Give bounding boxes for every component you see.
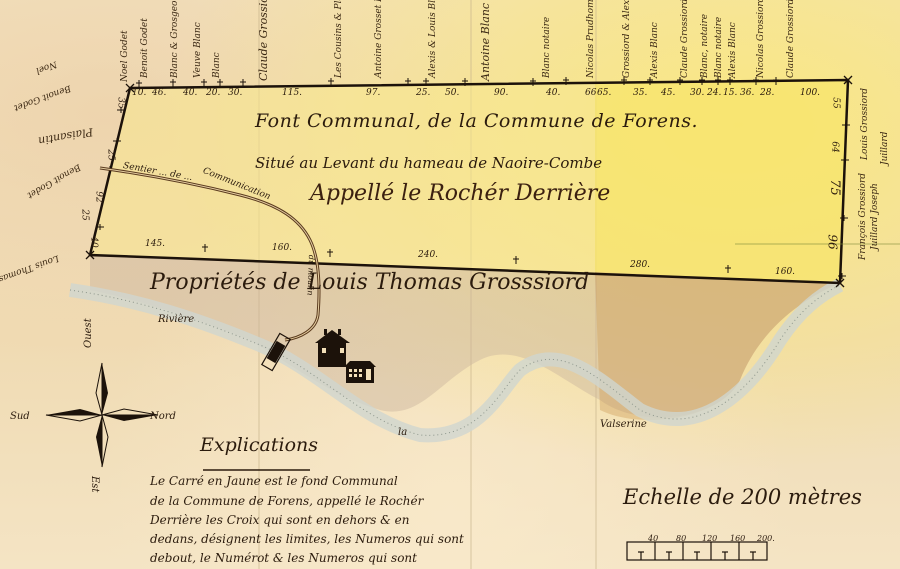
distance-label: 28. [760,88,774,98]
compass-rose [46,363,158,467]
path-label: du moulin [306,255,316,296]
distance-label: 35 [116,97,126,108]
scale-title: Echelle de 200 mètres [623,485,862,509]
distance-label: 160. [272,243,292,253]
distance-label: 40 [89,236,99,247]
neighbor-label: Juillard Joseph [870,183,880,250]
compass-label-west: Ouest [83,318,94,348]
scale-tick-label: 120 [702,534,717,543]
neighbor-label: Alexis & Louis Blanc [428,0,438,78]
distance-label: 40. [183,88,197,98]
explication-line: Derrière les Croix qui sont en dehors & … [150,513,410,527]
neighbor-label: Blanc notaire [542,17,552,78]
neighbor-label: Alexis Blanc [650,22,660,78]
scale-bar [627,542,767,560]
distance-label: 115. [282,88,302,98]
distance-label: 10. [132,88,146,98]
distance-label: 20. [206,88,220,98]
explication-line: debout, le Numérot & les Numeros qui son… [150,551,417,565]
distance-label: 100. [800,88,820,98]
river-label: Valserine [600,419,647,430]
neighbor-label: Nicolas Prudhomme Grossiord [586,0,596,78]
neighbor-label: Claude Grossiord [257,0,270,81]
neighbor-label: François Grossiord [858,173,868,260]
explication-line: dedans, désignent les limites, les Numer… [150,532,464,546]
neighbor-label: Benoit Godet [140,18,150,78]
distance-label: 92 [94,191,104,202]
neighbor-label: Antoine Grosset Blanc [374,0,384,78]
distance-label: 160. [775,267,795,277]
map-title-line-2: Situé au Levant du hameau de Naoire-Comb… [255,154,602,172]
scale-tick-label: 80 [676,534,686,543]
neighbor-label: Blanc & Grosgeorges [170,0,180,78]
distance-label: 280. [630,260,650,270]
distance-label: 65. [597,88,611,98]
neighbor-label: Louis Grossiord [860,88,870,160]
distance-label: 24. [707,88,721,98]
distance-label: 55 [831,97,841,108]
distance-label: 15. [723,88,737,98]
distance-label: 40. [546,88,560,98]
compass-label-north: Nord [150,411,176,422]
neighbor-label: Les Cousins & Plaisantin [334,0,344,78]
distance-label: 50. [445,88,459,98]
distance-label: 35. [633,88,647,98]
neighbor-label: Blanc notaire [714,17,724,78]
annex-building [344,361,376,383]
distance-label: 240. [418,250,438,260]
distance-label: 90. [494,88,508,98]
map-title-line-3: Appellé le Rochér Derrière [310,181,610,206]
neighbor-label: Alexis Blanc [728,22,738,78]
distance-label: 25. [416,88,430,98]
neighbor-label: Claude Grossiord [786,0,796,78]
compass-label-east: Est [89,476,100,492]
owner-property-label: Propriétés de Louis Thomas Grosssiord [150,270,589,295]
scale-tick-label: 160 [730,534,745,543]
neighbor-label: Blanc, notaire [700,14,710,78]
distance-label: 64 [830,141,840,152]
map-title-line-1: Font Communal, de la Commune de Forens. [255,110,698,132]
explication-title: Explications [200,434,318,456]
distance-label: 145. [145,239,165,249]
distance-label: 30. [228,88,242,98]
river-label: la [398,427,407,438]
distance-label: 36. [740,88,754,98]
scale-tick-label: 200. [757,534,775,543]
distance-label: 46. [152,88,166,98]
distance-label: 30. [690,88,704,98]
distance-label: 97. [366,88,380,98]
neighbor-label: Juillard [880,132,890,165]
distance-label: 25 [106,149,116,160]
compass-label-south: Sud [10,411,30,422]
scale-tick-label: 40 [648,534,658,543]
distance-label: 66 [585,88,596,98]
neighbor-label: Grossiord & Alexis Blanc [622,0,632,78]
distance-label: 45. [661,88,675,98]
distance-label: 25 [80,209,90,220]
neighbor-label: Claude Grossiord [680,0,690,78]
neighbor-label: Blanc [212,52,222,78]
distance-label: 75 [827,179,842,196]
neighbor-label: Nicolas Grossiord [756,0,766,78]
neighbor-label: Noel Godet [120,30,130,82]
explication-line: Le Carré en Jaune est le fond Communal [150,474,398,488]
explication-line: de la Commune de Forens, appellé le Roch… [150,494,423,508]
neighbor-label: Veuve Blanc [193,22,203,78]
river-label: Rivière [158,314,194,325]
neighbor-label: Antoine Blanc [479,3,492,81]
distance-label: 96 [826,234,840,249]
